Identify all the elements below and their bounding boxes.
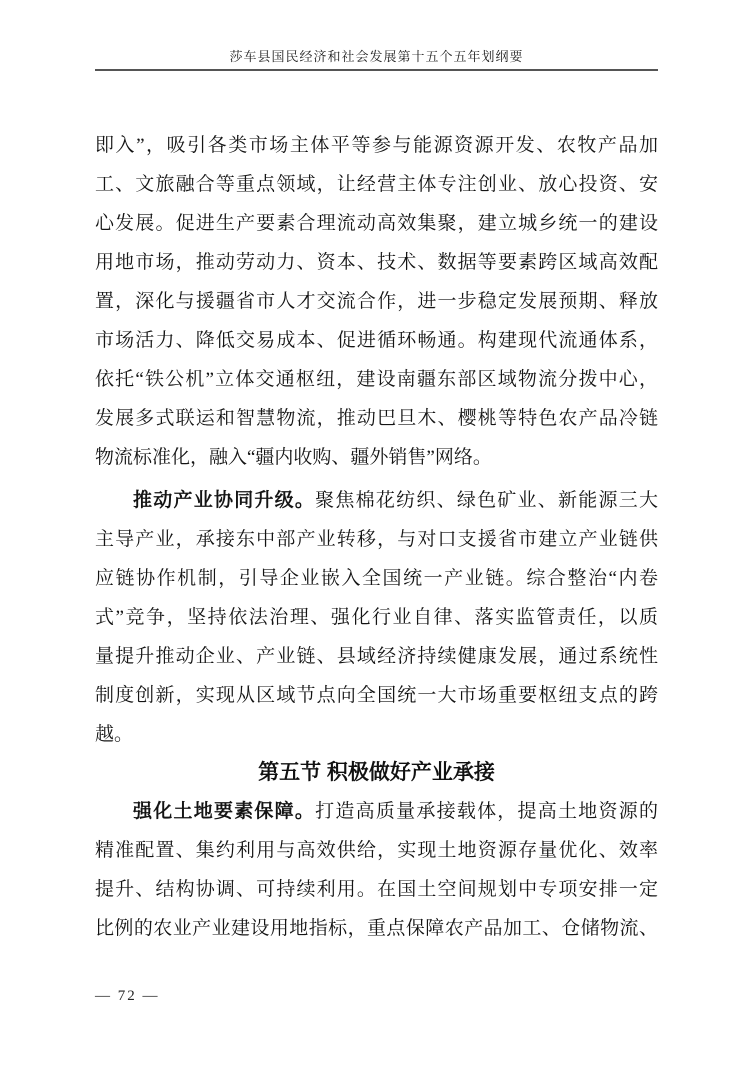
- paragraph-lead-bold: 推动产业协同升级。: [133, 490, 315, 511]
- page-header-title: 莎车县国民经济和社会发展第十五个五年划纲要: [95, 46, 658, 65]
- paragraph-market-access: 即入”，吸引各类市场主体平等参与能源资源开发、农牧产品加 工、文旅融合等重点领域…: [95, 126, 658, 477]
- paragraph-land-guarantee: 强化土地要素保障。打造高质量承接载体，提高土地资源的 精准配置、集约利用与高效供…: [95, 792, 658, 948]
- document-page: 莎车县国民经济和社会发展第十五个五年划纲要 即入”，吸引各类市场主体平等参与能源…: [0, 0, 753, 1066]
- text-line: 精准配置、集约利用与高效供给，实现土地资源存量优化、效率: [95, 831, 658, 870]
- text-line: 工、文旅融合等重点领域，让经营主体专注创业、放心投资、安: [95, 165, 658, 204]
- text-line: 量提升推动企业、产业链、县域经济持续健康发展，通过系统性: [95, 637, 658, 676]
- text-line: 推动产业协同升级。聚焦棉花纺织、绿色矿业、新能源三大: [95, 481, 658, 520]
- header-rule: [95, 69, 658, 71]
- text-line: 式”竞争，坚持依法治理、强化行业自律、落实监管责任，以质: [95, 598, 658, 637]
- page-number: — 72 —: [95, 988, 160, 1005]
- text-segment: 聚焦棉花纺织、绿色矿业、新能源三大: [315, 490, 658, 511]
- paragraph-lead-bold: 强化土地要素保障。: [133, 801, 315, 822]
- text-line: 越。: [95, 715, 658, 754]
- document-body: 即入”，吸引各类市场主体平等参与能源资源开发、农牧产品加 工、文旅融合等重点领域…: [95, 126, 658, 948]
- text-line: 依托“铁公机”立体交通枢纽，建设南疆东部区域物流分拨中心，: [95, 360, 658, 399]
- text-line: 市场活力、降低交易成本、促进循环畅通。构建现代流通体系，: [95, 321, 658, 360]
- text-line: 制度创新，实现从区域节点向全国统一大市场重要枢纽支点的跨: [95, 676, 658, 715]
- text-segment: 打造高质量承接载体，提高土地资源的: [315, 801, 658, 822]
- section-heading: 第五节 积极做好产业承接: [95, 754, 658, 792]
- text-line: 即入”，吸引各类市场主体平等参与能源资源开发、农牧产品加: [95, 126, 658, 165]
- text-line: 主导产业，承接东中部产业转移，与对口支援省市建立产业链供: [95, 520, 658, 559]
- text-line: 比例的农业产业建设用地指标，重点保障农产品加工、仓储物流、: [95, 909, 658, 948]
- text-line: 用地市场，推动劳动力、资本、技术、数据等要素跨区域高效配: [95, 243, 658, 282]
- text-line: 置，深化与援疆省市人才交流合作，进一步稳定发展预期、释放: [95, 282, 658, 321]
- text-line: 物流标准化，融入“疆内收购、疆外销售”网络。: [95, 438, 658, 477]
- text-line: 应链协作机制，引导企业嵌入全国统一产业链。综合整治“内卷: [95, 559, 658, 598]
- paragraph-industry-upgrade: 推动产业协同升级。聚焦棉花纺织、绿色矿业、新能源三大 主导产业，承接东中部产业转…: [95, 481, 658, 754]
- text-line: 强化土地要素保障。打造高质量承接载体，提高土地资源的: [95, 792, 658, 831]
- text-line: 发展多式联运和智慧物流，推动巴旦木、樱桃等特色农产品冷链: [95, 399, 658, 438]
- text-line: 心发展。促进生产要素合理流动高效集聚，建立城乡统一的建设: [95, 204, 658, 243]
- text-line: 提升、结构协调、可持续利用。在国土空间规划中专项安排一定: [95, 870, 658, 909]
